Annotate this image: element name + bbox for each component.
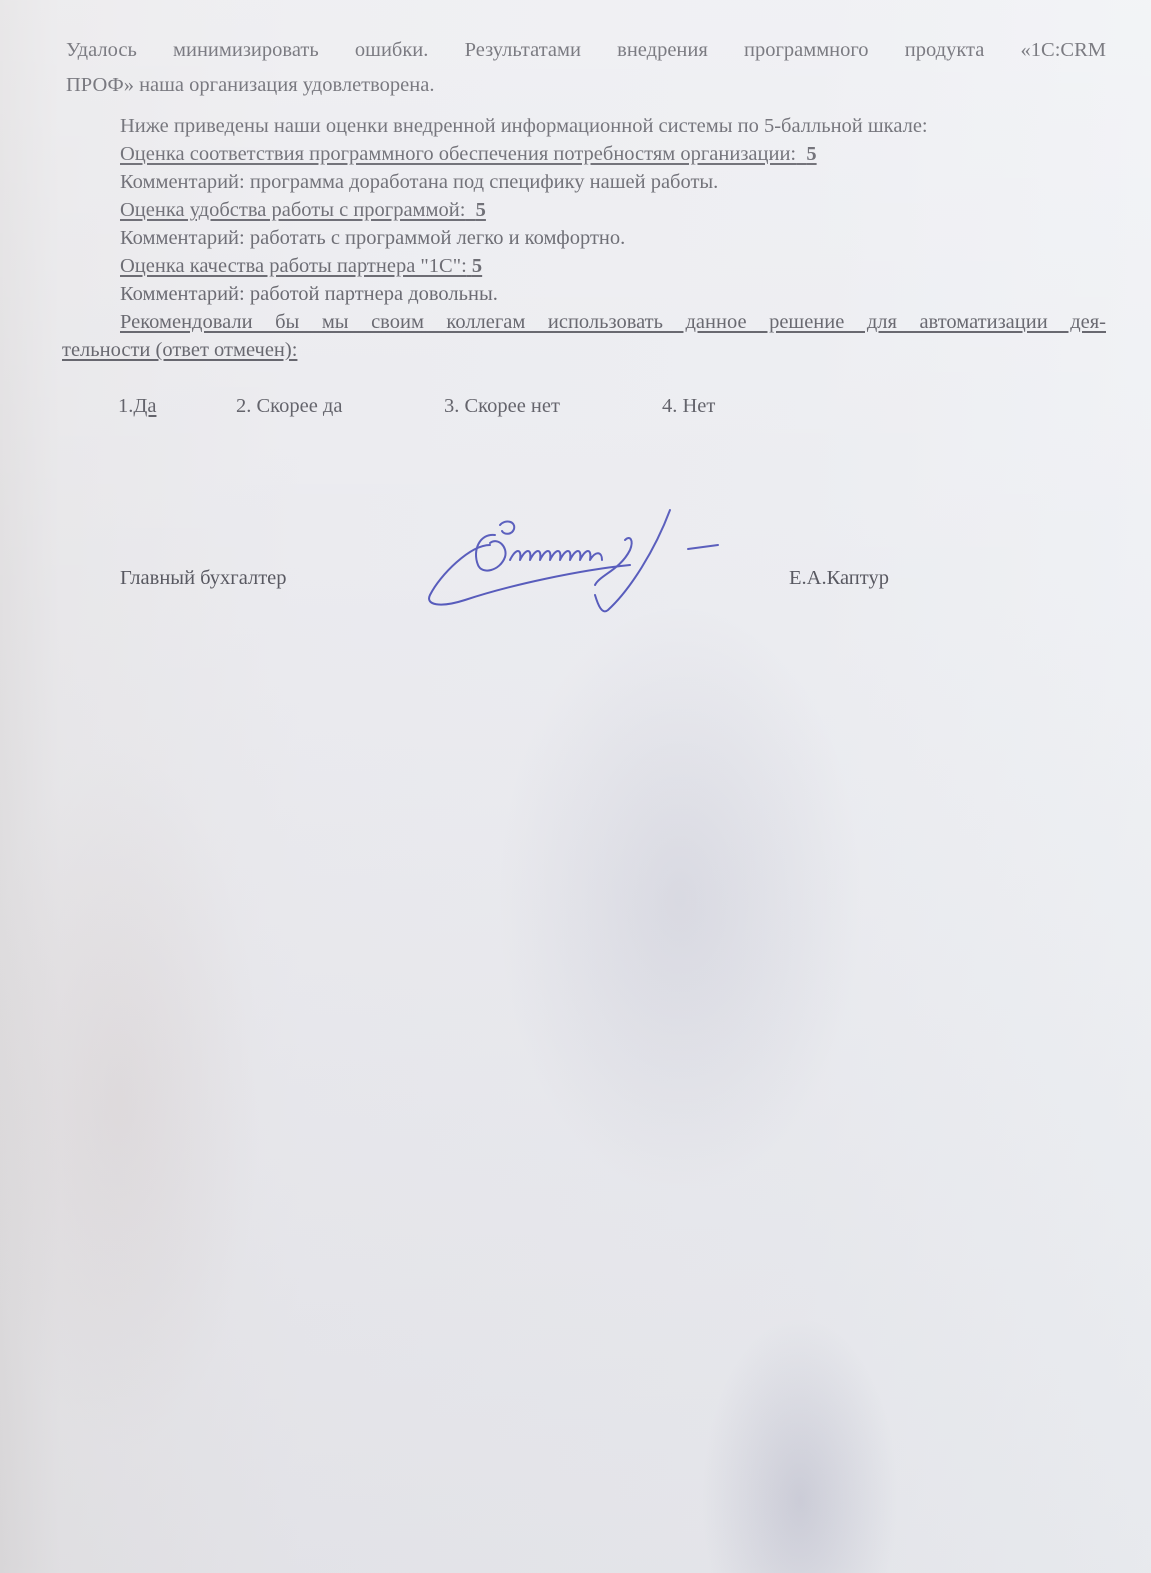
answer-option-4: 4. Нет bbox=[662, 394, 715, 418]
answer-option-1: 1.Да bbox=[118, 394, 156, 418]
answer-option-3-label: Скорее нет bbox=[465, 395, 560, 417]
answer-option-2: 2. Скорее да bbox=[236, 394, 342, 418]
answer-option-4-number: 4. bbox=[662, 395, 677, 417]
rating-fit-comment: Комментарий: программа доработана под сп… bbox=[120, 170, 718, 194]
rating-partner-comment: Комментарий: работой партнера довольны. bbox=[120, 282, 498, 306]
answer-option-1-number: 1. bbox=[118, 395, 133, 417]
rating-fit-text: Оценка соответствия программного обеспеч… bbox=[120, 143, 796, 165]
answer-option-3-number: 3. bbox=[444, 395, 459, 417]
recommend-question-line-1: Рекомендовали бы мы своим коллегам испол… bbox=[120, 310, 1106, 334]
rating-partner-score: 5 bbox=[472, 255, 482, 277]
intro-line-1: Удалось минимизировать ошибки. Результат… bbox=[66, 38, 1106, 62]
rating-usability-score: 5 bbox=[476, 199, 486, 221]
rating-usability-text: Оценка удобства работы с программой: bbox=[120, 199, 465, 221]
answer-option-2-number: 2. bbox=[236, 395, 251, 417]
answer-option-3: 3. Скорее нет bbox=[444, 394, 560, 418]
ratings-intro: Ниже приведены наши оценки внедренной ин… bbox=[120, 114, 928, 138]
signatory-name: Е.А.Каптур bbox=[789, 566, 889, 590]
rating-partner-text: Оценка качества работы партнера "1С": bbox=[120, 255, 467, 277]
answer-option-4-label: Нет bbox=[683, 395, 716, 417]
rating-partner-label: Оценка качества работы партнера "1С": 5 bbox=[120, 254, 482, 278]
signatory-position: Главный бухгалтер bbox=[120, 566, 287, 590]
rating-fit-score: 5 bbox=[806, 143, 816, 165]
rating-fit-label: Оценка соответствия программного обеспеч… bbox=[120, 142, 817, 166]
answer-option-2-label: Скорее да bbox=[257, 395, 343, 417]
document-page: Удалось минимизировать ошибки. Результат… bbox=[0, 0, 1151, 1573]
recommend-question-line-2: тельности (ответ отмечен): bbox=[62, 338, 297, 362]
answer-option-1-label-selected: Да bbox=[133, 395, 156, 417]
handwritten-signature-icon bbox=[420, 505, 730, 625]
rating-usability-label: Оценка удобства работы с программой: 5 bbox=[120, 198, 486, 222]
rating-usability-comment: Комментарий: работать с программой легко… bbox=[120, 226, 625, 250]
intro-line-2: ПРОФ» наша организация удовлетворена. bbox=[66, 73, 434, 97]
